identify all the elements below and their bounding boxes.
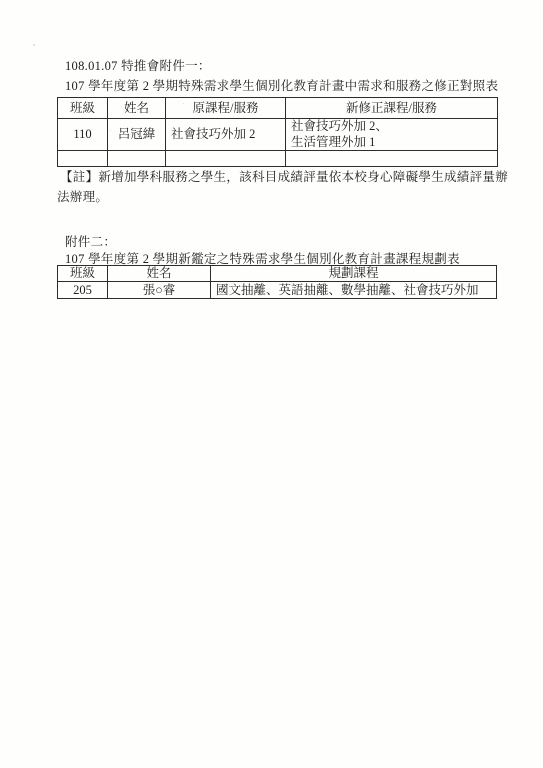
note-line-1: 【註】新增加學科服務之學生，該科目成績評量依本校身心障礙學生成績評量辦: [60, 169, 508, 185]
col-header-revised-course: 新修正課程/服務: [286, 98, 498, 119]
col-header-name: 姓名: [108, 98, 166, 119]
cell-original-course: 社會技巧外加 2: [166, 119, 286, 151]
course-plan-table: 班級 姓名 規劃課程 205 張○睿 國文抽離、英語抽離、數學抽離、社會技巧外加: [57, 265, 497, 299]
revision-comparison-table: 班級 姓名 原課程/服務 新修正課程/服務 110 呂冠緯 社會技巧外加 2 社…: [57, 97, 498, 167]
note-line-2: 法辦理。: [57, 189, 108, 205]
course-plan-row: 205 張○睿 國文抽離、英語抽離、數學抽離、社會技巧外加: [58, 282, 497, 299]
cell-class-no-empty: [58, 151, 108, 167]
col-header-name-2: 姓名: [108, 266, 211, 282]
col-header-planned-courses: 規劃課程: [211, 266, 497, 282]
revision-table-row: 110 呂冠緯 社會技巧外加 2 社會技巧外加 2、 生活管理外加 1: [58, 119, 498, 151]
attachment1-title: 107 學年度第 2 學期特殊需求學生個別化教育計畫中需求和服務之修正對照表: [65, 78, 498, 94]
col-header-class: 班級: [58, 98, 108, 119]
course-plan-header-row: 班級 姓名 規劃課程: [58, 266, 497, 282]
cell-student-name-empty: [108, 151, 166, 167]
revision-table-empty-row: [58, 151, 498, 167]
attachment2-label: 附件二：: [65, 234, 116, 250]
revised-course-line-2: 生活管理外加 1: [291, 135, 492, 151]
col-header-original-course: 原課程/服務: [166, 98, 286, 119]
cell-revised-course-empty: [286, 151, 498, 167]
col-header-class-2: 班級: [58, 266, 108, 282]
revised-course-line-1: 社會技巧外加 2、: [291, 119, 492, 135]
cell-revised-course: 社會技巧外加 2、 生活管理外加 1: [286, 119, 498, 151]
cell-class-no-2: 205: [58, 282, 108, 299]
cell-student-name: 呂冠緯: [108, 119, 166, 151]
scan-speck: [33, 44, 35, 46]
date-attachment-line: 108.01.07 特推會附件一：: [65, 58, 211, 74]
cell-class-no: 110: [58, 119, 108, 151]
cell-original-course-empty: [166, 151, 286, 167]
cell-student-name-2: 張○睿: [108, 282, 211, 299]
document-page: 108.01.07 特推會附件一： 107 學年度第 2 學期特殊需求學生個別化…: [0, 0, 543, 768]
scan-speck: [183, 103, 184, 104]
scan-speck: [110, 130, 111, 131]
cell-planned-courses: 國文抽離、英語抽離、數學抽離、社會技巧外加: [211, 282, 497, 299]
revision-table-header-row: 班級 姓名 原課程/服務 新修正課程/服務: [58, 98, 498, 119]
